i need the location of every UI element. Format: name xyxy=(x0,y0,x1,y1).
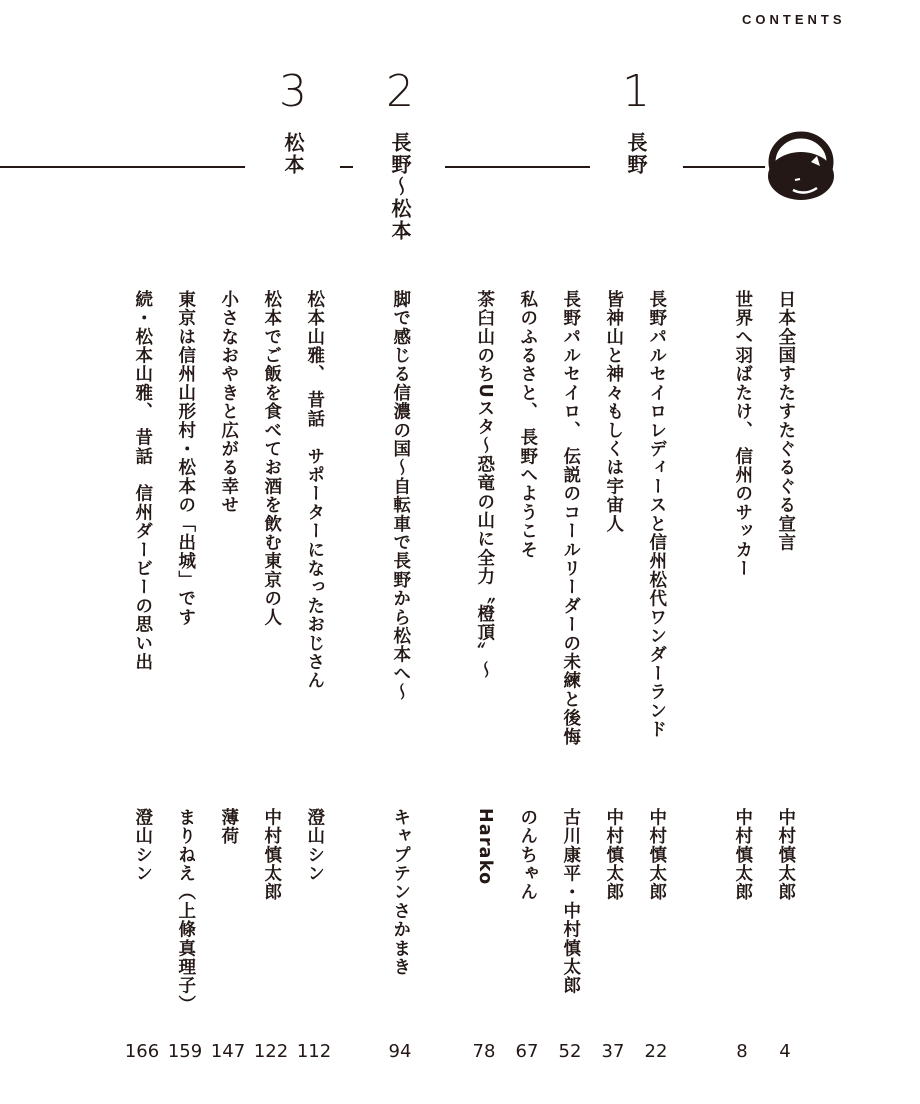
entry-author: 薄荷 xyxy=(219,808,237,845)
divider-line xyxy=(445,166,590,168)
entry-page-number: 147 xyxy=(211,1041,245,1062)
chapter-2-number: 2 xyxy=(386,70,414,114)
entry-page-number: 166 xyxy=(125,1041,159,1062)
entry-author: 中村慎太郎 xyxy=(733,808,751,902)
entry-page-number: 122 xyxy=(254,1041,288,1062)
entry-author: まりねえ（上條真理子） xyxy=(176,808,194,1014)
entry-title[interactable]: 松本でご飯を食べてお酒を飲む東京の人 xyxy=(262,290,280,627)
entry-author: 古川康平・中村慎太郎 xyxy=(561,808,579,995)
entry-title[interactable]: 松本山雅、 昔話 サポーターになったおじさん xyxy=(305,290,323,690)
chapter-1-number: 1 xyxy=(622,70,650,114)
entry-author: 中村慎太郎 xyxy=(647,808,665,902)
divider-line xyxy=(340,166,353,168)
chapter-1-title: 長野 xyxy=(626,132,646,176)
entry-author: 澄山シン xyxy=(305,808,323,883)
entry-author: 中村慎太郎 xyxy=(262,808,280,902)
entry-title[interactable]: 続・松本山雅、 昔話 信州ダービーの思い出 xyxy=(133,290,151,671)
divider-line xyxy=(0,166,245,168)
entry-author: 中村慎太郎 xyxy=(604,808,622,902)
entry-page-number: 52 xyxy=(559,1041,582,1062)
entry-page-number: 4 xyxy=(779,1041,790,1062)
divider-line xyxy=(683,166,765,168)
entry-page-number: 94 xyxy=(389,1041,412,1062)
chapter-3-number: 3 xyxy=(279,70,307,114)
entry-page-number: 67 xyxy=(516,1041,539,1062)
brand-logo-icon xyxy=(763,128,839,204)
entry-page-number: 112 xyxy=(297,1041,331,1062)
entry-title[interactable]: 脚で感じる信濃の国〜自転車で長野から松本へ〜 xyxy=(391,290,409,701)
entry-title[interactable]: 茶臼山のちUスタ〜恐竜の山に全力〝橙頂〟〜 xyxy=(475,290,493,679)
contents-heading: CONTENTS xyxy=(742,12,846,27)
entry-page-number: 159 xyxy=(168,1041,202,1062)
chapter-2-title: 長野〜松本 xyxy=(390,132,410,242)
entry-title[interactable]: 長野パルセイロ、 伝説のコールリーダーの未練と後悔 xyxy=(561,290,579,746)
entry-title[interactable]: 長野パルセイロレディースと信州松代ワンダーランド xyxy=(647,290,665,739)
entry-title[interactable]: 世界へ羽ばたけ、 信州のサッカー xyxy=(733,290,751,578)
entry-author: キャプテンさかまき xyxy=(391,808,409,976)
entry-author: のんちゃん xyxy=(518,808,536,902)
entry-title[interactable]: 皆神山と神々もしくは宇宙人 xyxy=(604,290,622,533)
entry-title[interactable]: 小さなおやきと広がる幸せ xyxy=(219,290,237,514)
entry-page-number: 78 xyxy=(473,1041,496,1062)
entry-author: 中村慎太郎 xyxy=(776,808,794,902)
entry-author: 澄山シン xyxy=(133,808,151,883)
entry-title[interactable]: 東京は信州山形村・松本の「出城」です xyxy=(176,290,194,627)
entry-title[interactable]: 日本全国すたすたぐるぐる宣言 xyxy=(776,290,794,552)
entry-page-number: 8 xyxy=(736,1041,747,1062)
entry-title[interactable]: 私のふるさと、 長野へようこそ xyxy=(518,290,536,559)
chapter-3-title: 松本 xyxy=(283,132,303,176)
entry-page-number: 37 xyxy=(602,1041,625,1062)
entry-author: Harako xyxy=(475,808,493,885)
entry-page-number: 22 xyxy=(645,1041,668,1062)
